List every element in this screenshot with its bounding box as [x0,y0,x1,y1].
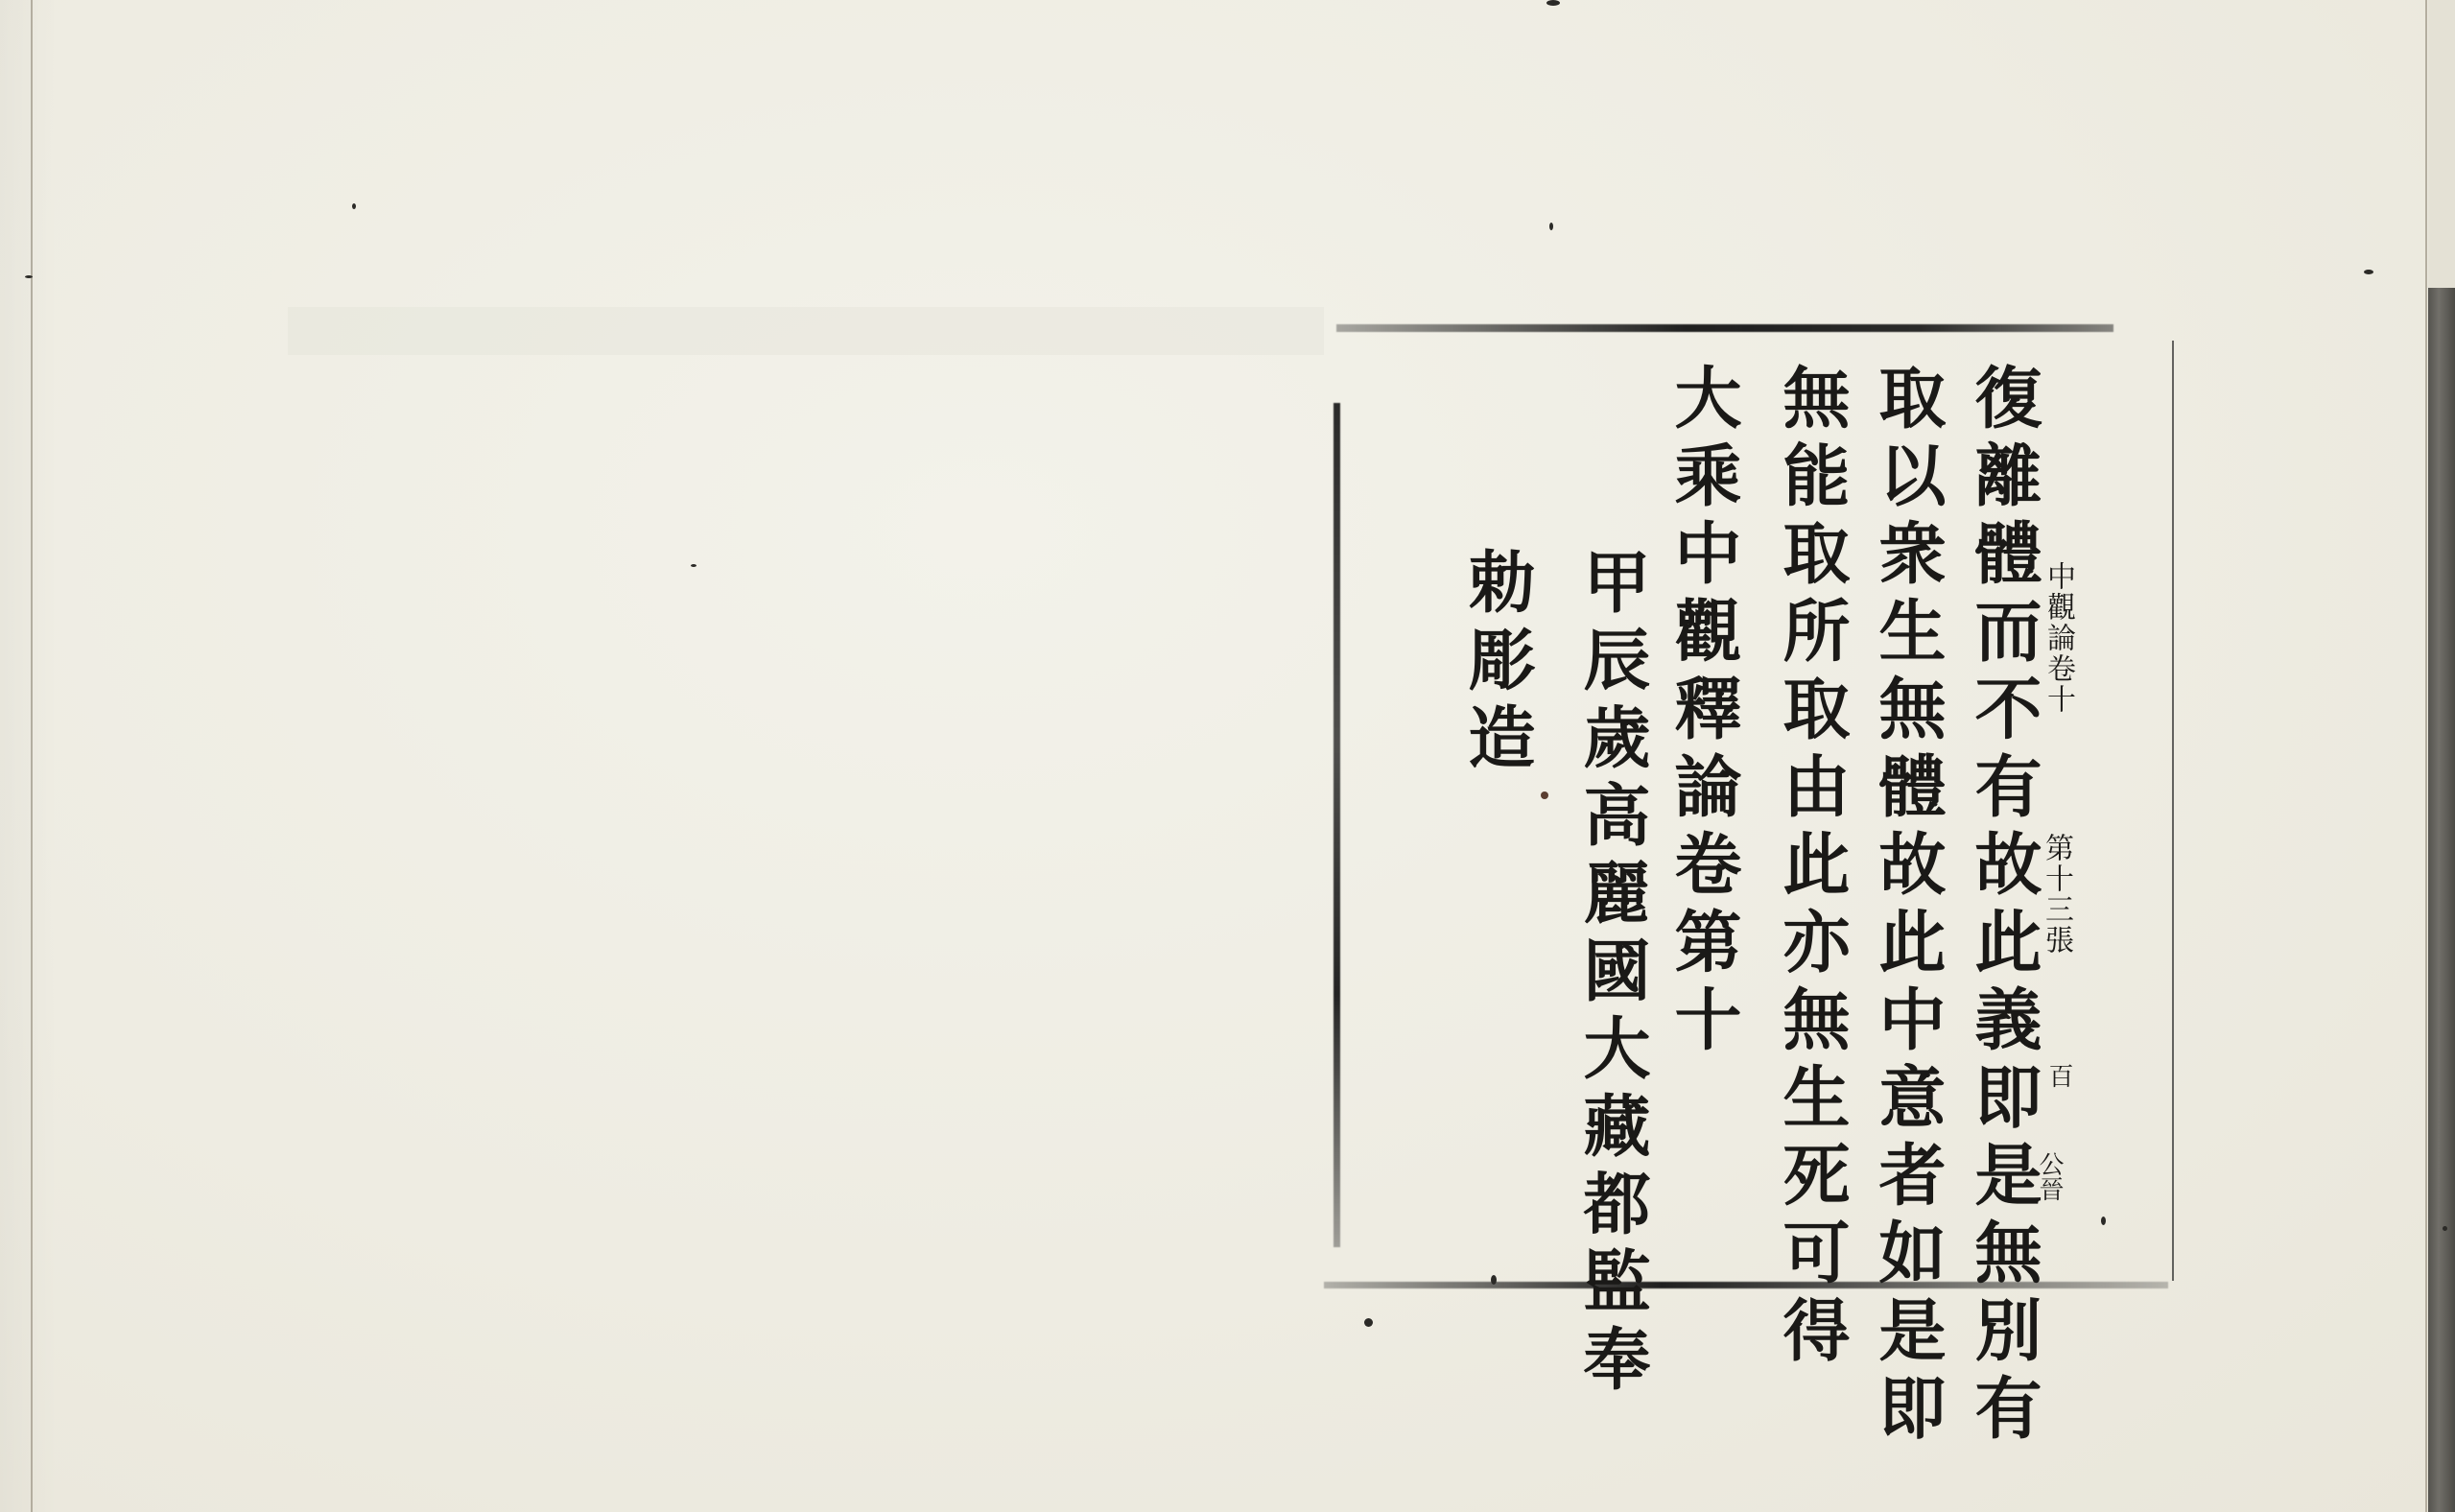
ink-speck [691,564,696,567]
left-fold-line [31,0,33,1512]
block-frame-top [1336,324,2113,332]
margin-sheet-number: 第十三張 [2042,833,2070,956]
right-edge-paper [2428,0,2455,288]
text-column-colophon-end: 勅彫造 [1463,547,1530,780]
text-column-colophon: 甲辰歲高麗國大藏都監奉 [1578,547,1645,1402]
margin-carver-name: 公晉 [2037,1151,2062,1201]
margin-mark-upper: 百 [2046,1063,2071,1088]
ink-speck [25,275,33,278]
text-column-1: 復離體而不有故此義即是無別有 [1970,363,2037,1451]
right-edge-dark-band [2428,288,2455,1512]
ink-speck [1549,223,1553,230]
ink-speck [2364,270,2373,274]
ink-speck [2101,1217,2106,1225]
text-column-title: 大乘中觀釋論卷第十 [1669,363,1736,1062]
document-page: 復離體而不有故此義即是無別有 取以衆生無體故此中意者如是即 無能取所取由此亦無生… [0,0,2455,1512]
block-frame-left [1334,403,1340,1247]
text-column-2: 取以衆生無體故此中意者如是即 [1874,363,1941,1451]
paper-ghost-band [288,307,1324,355]
ink-speck [1364,1318,1373,1327]
text-column-3: 無能取所取由此亦無生死可得 [1778,363,1845,1373]
ink-speck [1541,791,1548,799]
ink-speck [1491,1275,1497,1285]
ink-speck [352,203,356,209]
block-frame-right [2172,341,2174,1281]
margin-volume-title: 中觀論卷十 [2043,561,2072,715]
ink-speck [2443,1226,2447,1231]
ink-speck [1546,0,1560,6]
right-fold-line [2425,0,2427,1512]
